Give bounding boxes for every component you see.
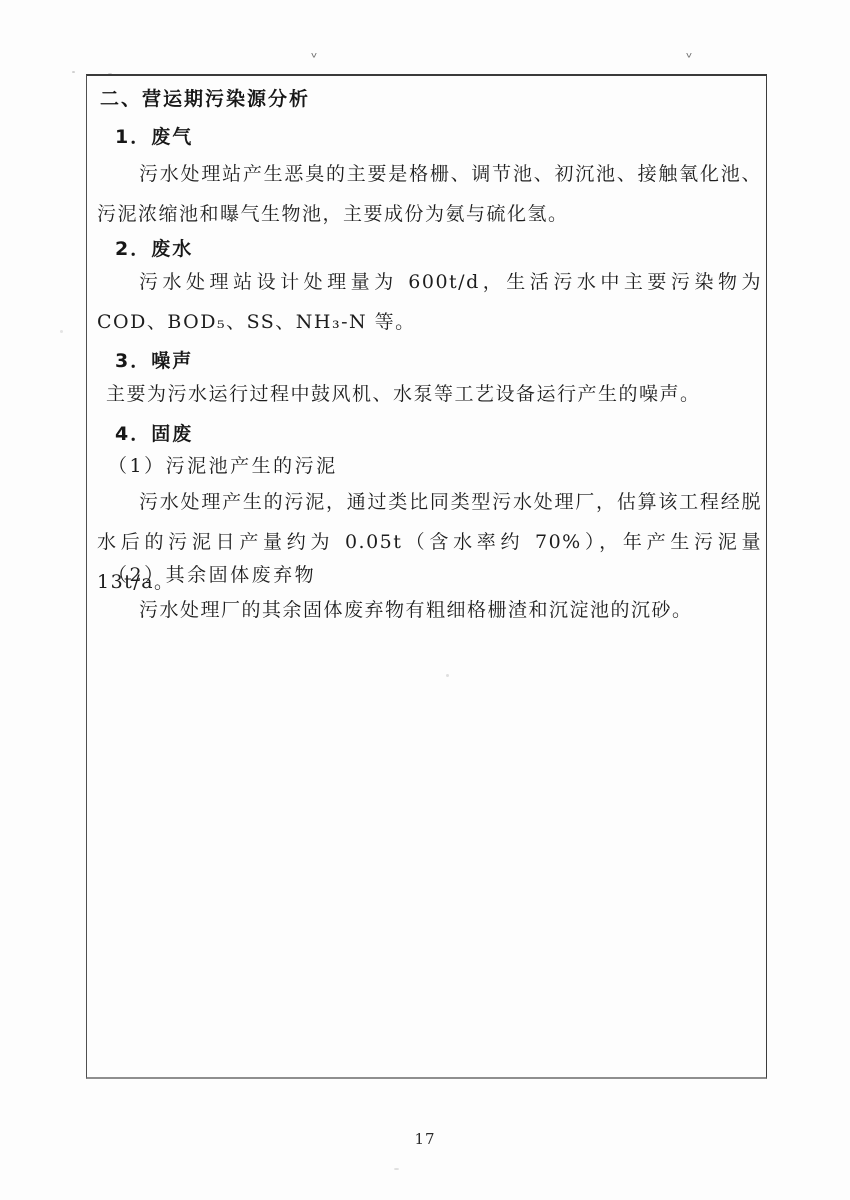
page-number: 17 (0, 1130, 850, 1148)
subsection-label-sludge: （1）污泥池产生的污泥 (108, 453, 338, 479)
section-paragraph-noise: 主要为污水运行过程中鼓风机、水泵等工艺设备运行产生的噪声。 (97, 374, 762, 414)
scan-artifact-mark: v (686, 51, 692, 60)
scanned-page: v v 二、营运期污染源分析 1．废气 污水处理站产生恶臭的主要是格栅、调节池、… (0, 0, 850, 1200)
document-frame: 二、营运期污染源分析 1．废气 污水处理站产生恶臭的主要是格栅、调节池、初沉池、… (86, 74, 767, 1079)
subsection-label-other-solid-waste: （2）其余固体废弃物 (108, 562, 316, 588)
scan-speck (72, 71, 75, 73)
scan-speck (394, 1168, 399, 1170)
section-heading-solid-waste: 4．固废 (115, 421, 193, 447)
subsection-paragraph-other-solid-waste: 污水处理厂的其余固体废弃物有粗细格栅渣和沉淀池的沉砂。 (97, 590, 762, 630)
section-heading-wastewater: 2．废水 (115, 236, 193, 262)
scan-artifact-mark: v (311, 51, 317, 60)
document-title: 二、营运期污染源分析 (100, 86, 310, 112)
section-heading-waste-gas: 1．废气 (115, 124, 193, 150)
scan-speck (60, 330, 63, 333)
section-paragraph-wastewater: 污水处理站设计处理量为 600t/d，生活污水中主要污染物为 COD、BOD₅、… (97, 262, 762, 342)
section-heading-noise: 3．噪声 (115, 348, 193, 374)
section-paragraph-waste-gas: 污水处理站产生恶臭的主要是格栅、调节池、初沉池、接触氧化池、污泥浓缩池和曝气生物… (97, 154, 762, 234)
